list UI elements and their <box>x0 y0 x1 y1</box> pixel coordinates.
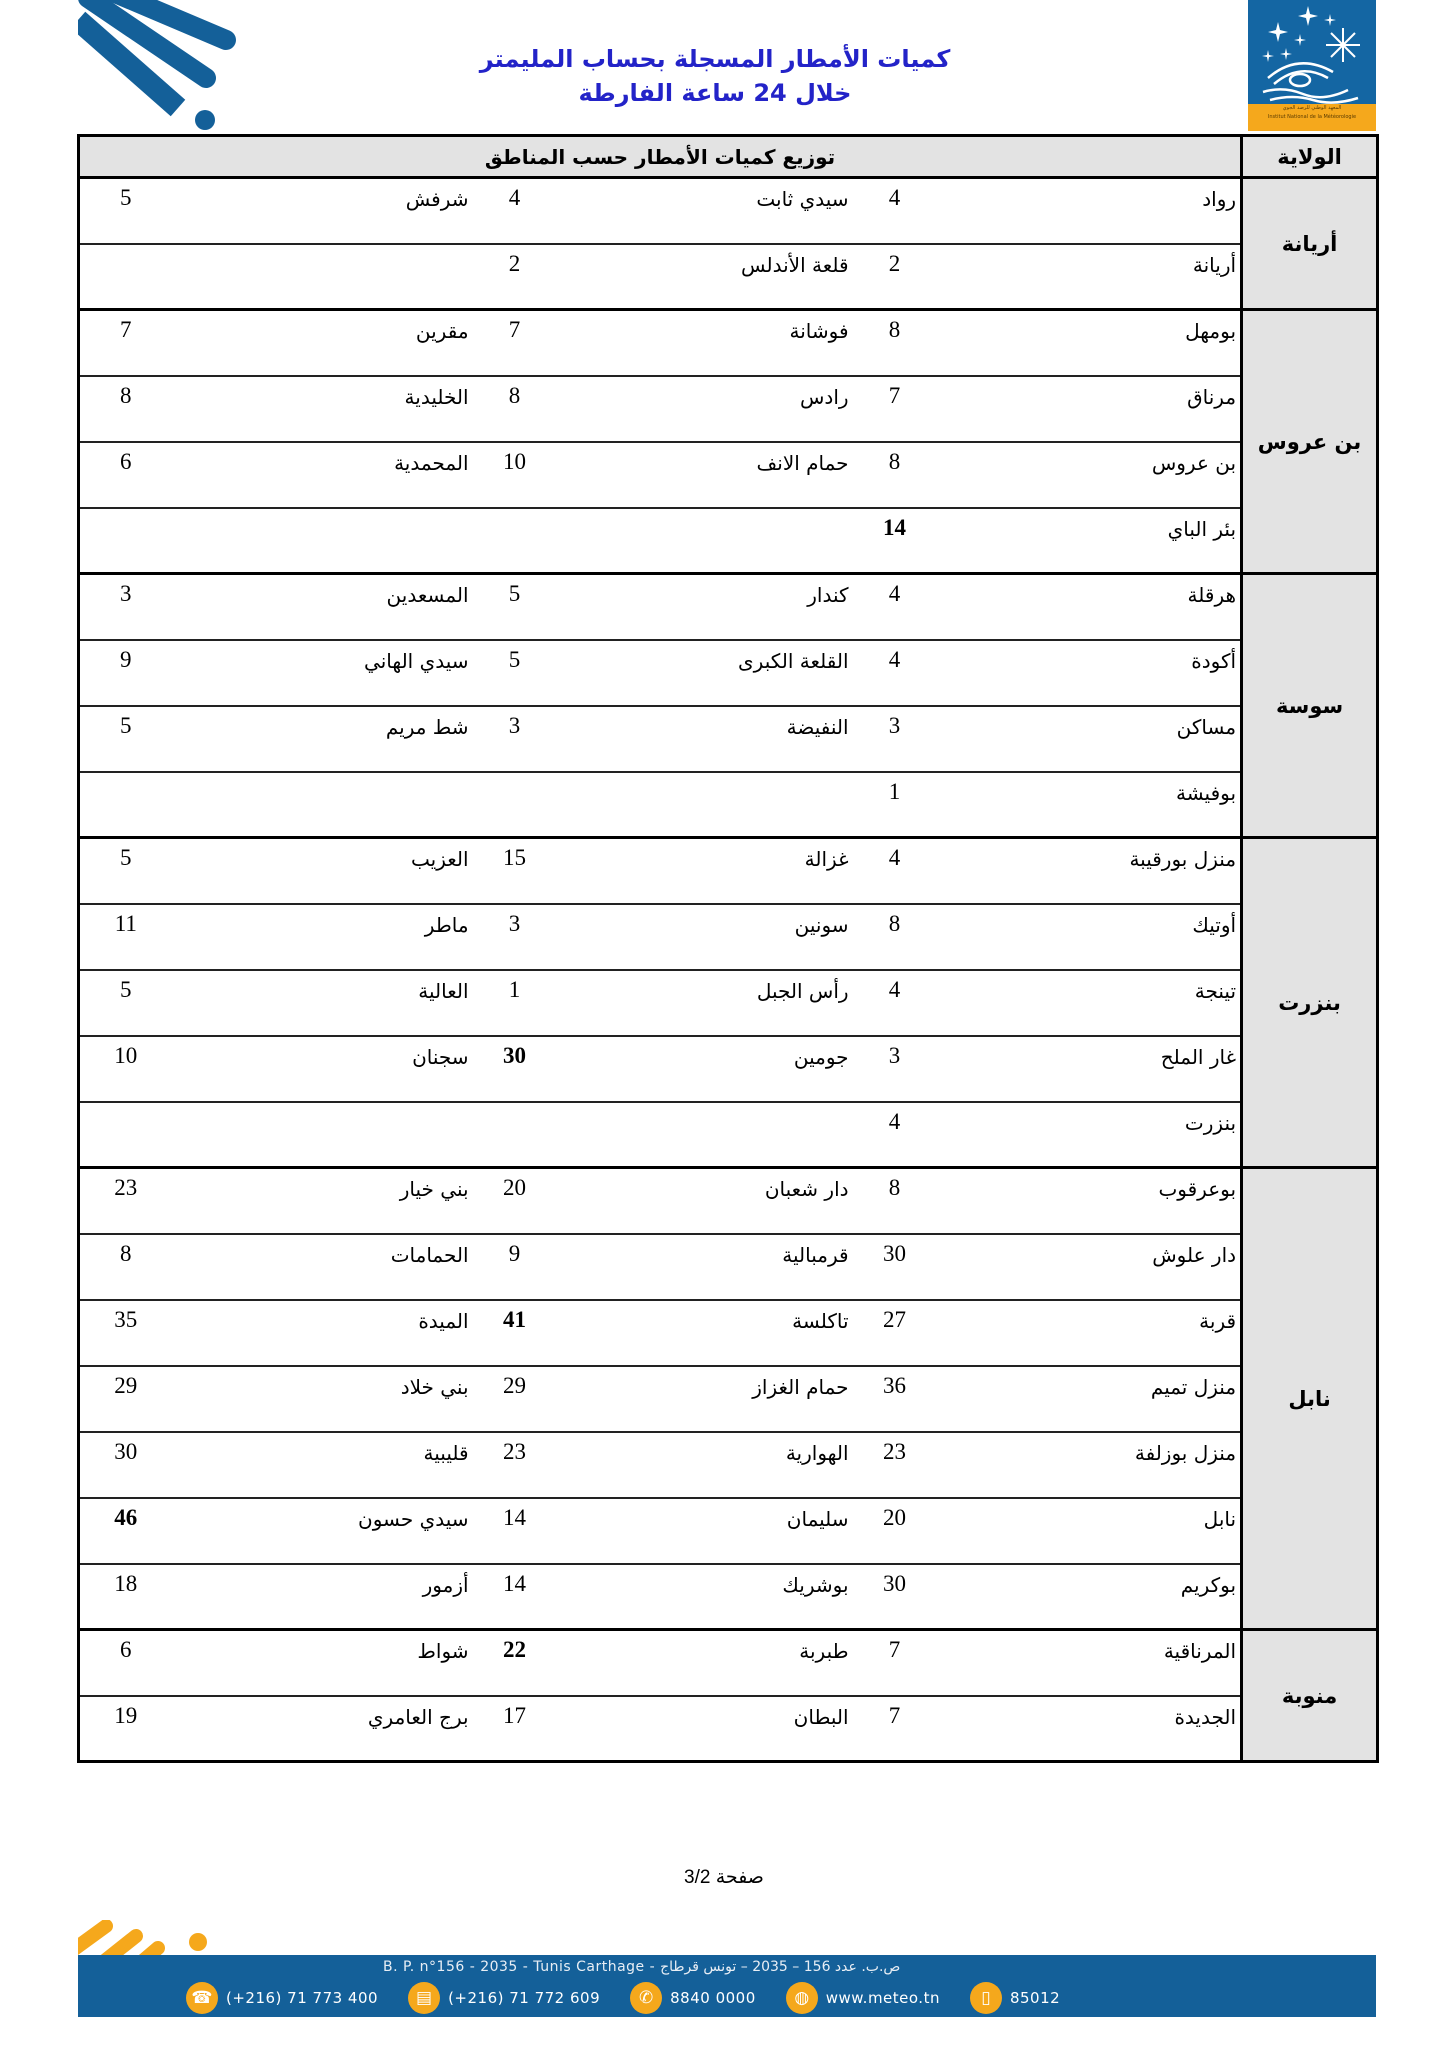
station-name: سيدي الهاني <box>172 640 473 706</box>
rainfall-value: 6 <box>79 1630 172 1696</box>
rainfall-value: 14 <box>473 1564 557 1630</box>
rainfall-value: 8 <box>79 1234 172 1300</box>
station-name: شرفش <box>172 178 473 244</box>
rainfall-value <box>79 1102 172 1168</box>
station-name: فوشانة <box>557 310 853 376</box>
station-name: النفيضة <box>557 706 853 772</box>
table-row: غار الملح3جومين30سجنان10 <box>79 1036 1378 1102</box>
page-number: صفحة 3/2 <box>0 1866 1448 1889</box>
table-row: قربة27تاكلسة41الميدة35 <box>79 1300 1378 1366</box>
rainfall-table: الولاية توزيع كميات الأمطار حسب المناطق … <box>77 134 1379 1763</box>
rainfall-value: 9 <box>473 1234 557 1300</box>
footer-contact-text: 8840 0000 <box>670 1989 756 2007</box>
station-name: غزالة <box>557 838 853 904</box>
rainfall-value: 2 <box>473 244 557 310</box>
station-name <box>557 508 853 574</box>
rainfall-value: 46 <box>79 1498 172 1564</box>
station-name: بني خلاد <box>172 1366 473 1432</box>
rainfall-value: 29 <box>79 1366 172 1432</box>
governorate-cell: بن عروس <box>1242 310 1378 574</box>
rainfall-value <box>473 772 557 838</box>
footer-contact-item: ✆8840 0000 <box>630 1982 756 2014</box>
table-row: نابلبوعرقوب8دار شعبان20بني خيار23 <box>79 1168 1378 1234</box>
rainfall-value: 5 <box>473 640 557 706</box>
station-name: العالية <box>172 970 473 1036</box>
rainfall-value: 8 <box>853 904 937 970</box>
stripes-logo-icon <box>78 0 238 135</box>
rainfall-value: 1 <box>473 970 557 1036</box>
rainfall-value: 6 <box>79 442 172 508</box>
rainfall-value: 4 <box>853 970 937 1036</box>
station-name: المحمدية <box>172 442 473 508</box>
station-name: بوعرقوب <box>937 1168 1242 1234</box>
footer-contact-item: ▯85012 <box>970 1982 1060 2014</box>
table-row: بن عروسبومهل8فوشانة7مقرين7 <box>79 310 1378 376</box>
fax-icon: ▤ <box>408 1982 440 2014</box>
station-name: سونين <box>557 904 853 970</box>
document-title: كميات الأمطار المسجلة بحساب المليمتر خلا… <box>330 42 1100 110</box>
weather-emblem-icon <box>1248 0 1376 104</box>
table-row: نابل20سليمان14سيدي حسون46 <box>79 1498 1378 1564</box>
rainfall-value: 10 <box>473 442 557 508</box>
rainfall-value <box>79 508 172 574</box>
station-name: أكودة <box>937 640 1242 706</box>
table-row: بنزرتمنزل بورقيبة4غزالة15العزيب5 <box>79 838 1378 904</box>
station-name: بوفيشة <box>937 772 1242 838</box>
station-name <box>557 772 853 838</box>
station-name: بنزرت <box>937 1102 1242 1168</box>
station-name: سليمان <box>557 1498 853 1564</box>
rainfall-value: 36 <box>853 1366 937 1432</box>
station-name: بوشريك <box>557 1564 853 1630</box>
rainfall-value: 30 <box>853 1564 937 1630</box>
rainfall-value: 17 <box>473 1696 557 1762</box>
station-name: مرناق <box>937 376 1242 442</box>
rainfall-value: 11 <box>79 904 172 970</box>
station-name: الجديدة <box>937 1696 1242 1762</box>
table-row: أريانة2قلعة الأندلس2 <box>79 244 1378 310</box>
table-row: بنزرت4 <box>79 1102 1378 1168</box>
station-name: شط مريم <box>172 706 473 772</box>
governorate-cell: نابل <box>1242 1168 1378 1630</box>
station-name: الحمامات <box>172 1234 473 1300</box>
station-name: قلعة الأندلس <box>557 244 853 310</box>
logo-caption: المعهد الوطني للرصد الجوي Institut Natio… <box>1248 104 1376 131</box>
station-name: كندار <box>557 574 853 640</box>
station-name: قرمبالية <box>557 1234 853 1300</box>
station-name: سيدي حسون <box>172 1498 473 1564</box>
station-name: ماطر <box>172 904 473 970</box>
station-name: بوكريم <box>937 1564 1242 1630</box>
station-name: تينجة <box>937 970 1242 1036</box>
rainfall-value: 8 <box>853 1168 937 1234</box>
governorate-cell: بنزرت <box>1242 838 1378 1168</box>
rainfall-value: 3 <box>79 574 172 640</box>
station-name: المسعدين <box>172 574 473 640</box>
station-name: بن عروس <box>937 442 1242 508</box>
table-row: سوسةهرقلة4كندار5المسعدين3 <box>79 574 1378 640</box>
table-row: منوبةالمرناقية7طبربة22شواط6 <box>79 1630 1378 1696</box>
inm-logo: المعهد الوطني للرصد الجوي Institut Natio… <box>1248 0 1376 131</box>
station-name: بئر الباي <box>937 508 1242 574</box>
station-name: مقرين <box>172 310 473 376</box>
rainfall-value: 5 <box>79 706 172 772</box>
globe-icon: ◍ <box>786 1982 818 2014</box>
governorate-column-header: الولاية <box>1242 136 1378 178</box>
rainfall-value: 23 <box>79 1168 172 1234</box>
governorate-cell: سوسة <box>1242 574 1378 838</box>
station-name: غار الملح <box>937 1036 1242 1102</box>
station-name: أوتيك <box>937 904 1242 970</box>
rainfall-value: 5 <box>79 178 172 244</box>
station-name: العزيب <box>172 838 473 904</box>
rainfall-value: 4 <box>853 838 937 904</box>
station-name: رواد <box>937 178 1242 244</box>
rainfall-value: 3 <box>473 706 557 772</box>
rainfall-value: 9 <box>79 640 172 706</box>
rainfall-value: 3 <box>853 1036 937 1102</box>
footer-bar: B. P. n°156 - 2035 - Tunis Carthage - ص.… <box>78 1955 1376 2017</box>
station-name: هرقلة <box>937 574 1242 640</box>
footer-contact-item[interactable]: ◍www.meteo.tn <box>786 1982 940 2014</box>
station-name: الميدة <box>172 1300 473 1366</box>
rainfall-value: 15 <box>473 838 557 904</box>
station-name: حمام الغزاز <box>557 1366 853 1432</box>
table-row: بئر الباي14 <box>79 508 1378 574</box>
rainfall-value: 41 <box>473 1300 557 1366</box>
table-row: بوفيشة1 <box>79 772 1378 838</box>
table-row: أريانةرواد4سيدي ثابت4شرفش5 <box>79 178 1378 244</box>
rainfall-value: 5 <box>79 970 172 1036</box>
station-name: منزل بوزلفة <box>937 1432 1242 1498</box>
rainfall-value: 8 <box>853 310 937 376</box>
rainfall-value: 30 <box>473 1036 557 1102</box>
station-name: الهوارية <box>557 1432 853 1498</box>
rainfall-value: 8 <box>473 376 557 442</box>
station-name: القلعة الكبرى <box>557 640 853 706</box>
table-body: أريانةرواد4سيدي ثابت4شرفش5أريانة2قلعة ال… <box>79 178 1378 1762</box>
station-name <box>172 772 473 838</box>
rainfall-value: 3 <box>853 706 937 772</box>
station-name: سجنان <box>172 1036 473 1102</box>
rainfall-value: 4 <box>853 574 937 640</box>
table-row: بن عروس8حمام الانف10المحمدية6 <box>79 442 1378 508</box>
rainfall-value: 7 <box>853 1630 937 1696</box>
table-row: أوتيك8سونين3ماطر11 <box>79 904 1378 970</box>
phone-icon: ☎ <box>186 1982 218 2014</box>
rainfall-value: 8 <box>79 376 172 442</box>
governorate-cell: أريانة <box>1242 178 1378 310</box>
logo-stripes <box>78 0 238 135</box>
rainfall-value <box>79 772 172 838</box>
sms-icon: ▯ <box>970 1982 1002 2014</box>
station-name <box>172 244 473 310</box>
station-name: دار شعبان <box>557 1168 853 1234</box>
footer-contact-item: ▤(+216) 71 772 609 <box>408 1982 600 2014</box>
station-name: رأس الجبل <box>557 970 853 1036</box>
rainfall-value: 4 <box>473 178 557 244</box>
rainfall-value: 7 <box>79 310 172 376</box>
rainfall-value: 7 <box>853 1696 937 1762</box>
rainfall-value: 22 <box>473 1630 557 1696</box>
footer-contact-item: ☎(+216) 71 773 400 <box>186 1982 378 2014</box>
rainfall-value: 8 <box>853 442 937 508</box>
table-row: الجديدة7البطان17برج العامري19 <box>79 1696 1378 1762</box>
rainfall-value: 20 <box>473 1168 557 1234</box>
station-name: منزل بورقيبة <box>937 838 1242 904</box>
table-row: بوكريم30بوشريك14أزمور18 <box>79 1564 1378 1630</box>
table-header-row: الولاية توزيع كميات الأمطار حسب المناطق <box>79 136 1378 178</box>
distribution-column-header: توزيع كميات الأمطار حسب المناطق <box>79 136 1242 178</box>
table-row: مرناق7رادس8الخليدية8 <box>79 376 1378 442</box>
table-row: منزل تميم36حمام الغزاز29بني خلاد29 <box>79 1366 1378 1432</box>
station-name: قربة <box>937 1300 1242 1366</box>
footer-contact-text: 85012 <box>1010 1989 1060 2007</box>
station-name: طبربة <box>557 1630 853 1696</box>
rainfall-value: 10 <box>79 1036 172 1102</box>
station-name: الخليدية <box>172 376 473 442</box>
table-row: أكودة4القلعة الكبرى5سيدي الهاني9 <box>79 640 1378 706</box>
station-name: سيدي ثابت <box>557 178 853 244</box>
station-name: قليبية <box>172 1432 473 1498</box>
footer-contact-text: (+216) 71 772 609 <box>448 1989 600 2007</box>
station-name: أريانة <box>937 244 1242 310</box>
rainfall-value <box>473 508 557 574</box>
station-name: حمام الانف <box>557 442 853 508</box>
station-name: بني خيار <box>172 1168 473 1234</box>
rainfall-value: 30 <box>79 1432 172 1498</box>
rainfall-value: 23 <box>853 1432 937 1498</box>
rainfall-value: 7 <box>853 376 937 442</box>
station-name: المرناقية <box>937 1630 1242 1696</box>
rainfall-value: 29 <box>473 1366 557 1432</box>
station-name: مساكن <box>937 706 1242 772</box>
rainfall-value: 7 <box>473 310 557 376</box>
rainfall-value: 4 <box>853 178 937 244</box>
station-name <box>172 1102 473 1168</box>
rainfall-value: 3 <box>473 904 557 970</box>
title-line-1: كميات الأمطار المسجلة بحساب المليمتر <box>330 42 1100 76</box>
rainfall-value: 4 <box>853 640 937 706</box>
governorate-cell: منوبة <box>1242 1630 1378 1762</box>
station-name: برج العامري <box>172 1696 473 1762</box>
table-row: دار علوش30قرمبالية9الحمامات8 <box>79 1234 1378 1300</box>
station-name: دار علوش <box>937 1234 1242 1300</box>
station-name: أزمور <box>172 1564 473 1630</box>
station-name: تاكلسة <box>557 1300 853 1366</box>
rainfall-value: 14 <box>473 1498 557 1564</box>
station-name: بومهل <box>937 310 1242 376</box>
footer-contact-text: (+216) 71 773 400 <box>226 1989 378 2007</box>
table-row: منزل بوزلفة23الهوارية23قليبية30 <box>79 1432 1378 1498</box>
rainfall-table-container: الولاية توزيع كميات الأمطار حسب المناطق … <box>77 134 1376 1763</box>
station-name: شواط <box>172 1630 473 1696</box>
station-name: جومين <box>557 1036 853 1102</box>
rainfall-value: 35 <box>79 1300 172 1366</box>
station-name <box>557 1102 853 1168</box>
rainfall-value: 1 <box>853 772 937 838</box>
rainfall-value: 20 <box>853 1498 937 1564</box>
station-name: منزل تميم <box>937 1366 1242 1432</box>
rainfall-value: 27 <box>853 1300 937 1366</box>
rainfall-value: 18 <box>79 1564 172 1630</box>
rainfall-value: 19 <box>79 1696 172 1762</box>
rainfall-value: 14 <box>853 508 937 574</box>
footer-contact-text[interactable]: www.meteo.tn <box>826 1989 940 2007</box>
rainfall-value: 4 <box>853 1102 937 1168</box>
footer-address: B. P. n°156 - 2035 - Tunis Carthage - ص.… <box>383 1959 900 1975</box>
rainfall-value <box>473 1102 557 1168</box>
rainfall-value <box>79 244 172 310</box>
rainfall-value: 5 <box>473 574 557 640</box>
station-name: رادس <box>557 376 853 442</box>
station-name <box>172 508 473 574</box>
table-row: تينجة4رأس الجبل1العالية5 <box>79 970 1378 1036</box>
hotline-icon: ✆ <box>630 1982 662 2014</box>
title-line-2: خلال 24 ساعة الفارطة <box>330 76 1100 110</box>
table-row: مساكن3النفيضة3شط مريم5 <box>79 706 1378 772</box>
station-name: البطان <box>557 1696 853 1762</box>
station-name: نابل <box>937 1498 1242 1564</box>
footer-contacts: ☎(+216) 71 773 400▤(+216) 71 772 609✆884… <box>186 1982 1090 2014</box>
rainfall-value: 23 <box>473 1432 557 1498</box>
rainfall-value: 5 <box>79 838 172 904</box>
rainfall-value: 30 <box>853 1234 937 1300</box>
rainfall-value: 2 <box>853 244 937 310</box>
